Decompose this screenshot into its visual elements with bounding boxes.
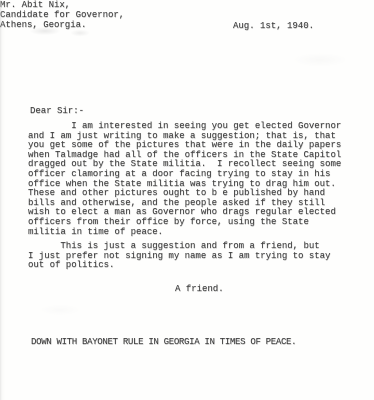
scanned-letter-page: Aug. 1st, 1940. Mr. Abit Nix, Candidate … bbox=[0, 0, 374, 400]
signature-line: A friend. bbox=[175, 284, 224, 294]
body-paragraph-2: This is just a suggestion and from a fri… bbox=[28, 242, 350, 271]
recipient-name: Mr. Abit Nix, bbox=[0, 0, 374, 10]
salutation: Dear Sir:- bbox=[30, 106, 84, 116]
body-paragraph-1: I am interested in seeing you get electe… bbox=[28, 122, 350, 237]
letter-date: Aug. 1st, 1940. bbox=[233, 21, 314, 31]
slogan-line: DOWN WITH BAYONET RULE IN GEORGIA IN TIM… bbox=[31, 337, 296, 347]
recipient-title: Candidate for Governor, bbox=[0, 10, 374, 20]
recipient-address-block: Mr. Abit Nix, Candidate for Governor, At… bbox=[0, 0, 374, 30]
recipient-city: Athens, Georgia. bbox=[0, 20, 374, 30]
